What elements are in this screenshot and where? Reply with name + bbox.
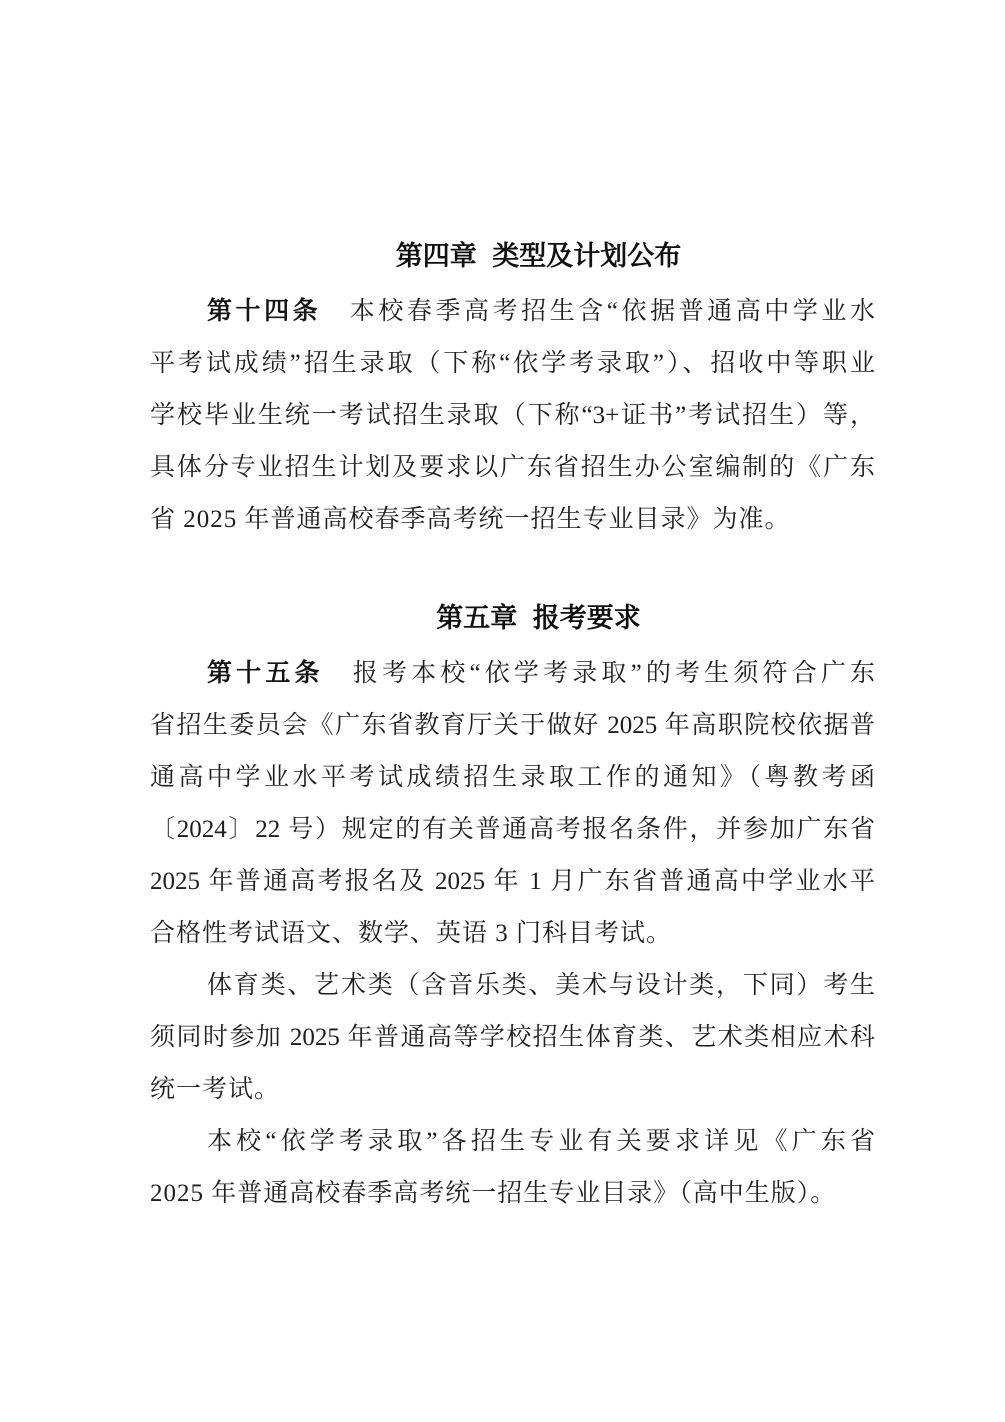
chapter-5-heading: 第五章 报考要求 [176,592,901,644]
text-line: 合格性考试语文、数学、英语 3 门科目考试。 [150,908,875,960]
text-line: 统一考试。 [150,1064,875,1116]
section-chapter-4: 第四章 类型及计划公布 第十四条 本校春季高考招生含“依据普通高中学业水 平考试… [150,230,875,546]
text-line-content: 报考本校“依学考录取”的考生须符合广东 [324,660,875,687]
text-line: 须同时参加 2025 年普通高等学校招生体育类、艺术类相应术科 [150,1012,875,1064]
text-line: 平考试成绩”招生录取（下称“依学考录取”）、招收中等职业 [150,338,875,390]
text-line: 省招生委员会《广东省教育厅关于做好 2025 年高职院校依据普 [150,700,875,752]
section-chapter-5: 第五章 报考要求 第十五条 报考本校“依学考录取”的考生须符合广东 省招生委员会… [150,592,875,1220]
text-line: 第十四条 本校春季高考招生含“依据普通高中学业水 [150,286,875,338]
text-line: 2025 年普通高校春季高考统一招生专业目录》（高中生版）。 [150,1168,875,1220]
chapter-4-heading: 第四章 类型及计划公布 [176,230,901,282]
paragraph-sports-arts: 体育类、艺术类（含音乐类、美术与设计类，下同）考生 须同时参加 2025 年普通… [150,960,875,1116]
paragraph-article-14: 第十四条 本校春季高考招生含“依据普通高中学业水 平考试成绩”招生录取（下称“依… [150,286,875,546]
text-line: 2025 年普通高考报名及 2025 年 1 月广东省普通高中学业水平 [150,856,875,908]
article-14-label: 第十四条 [207,298,321,325]
text-line: 第十五条 报考本校“依学考录取”的考生须符合广东 [150,648,875,700]
document-page: 第四章 类型及计划公布 第十四条 本校春季高考招生含“依据普通高中学业水 平考试… [0,0,1005,1422]
text-line: 体育类、艺术类（含音乐类、美术与设计类，下同）考生 [150,960,875,1012]
paragraph-article-15: 第十五条 报考本校“依学考录取”的考生须符合广东 省招生委员会《广东省教育厅关于… [150,648,875,960]
text-line: 省 2025 年普通高校春季高考统一招生专业目录》为准。 [150,494,875,546]
article-15-label: 第十五条 [207,660,324,687]
paragraph-catalog-reference: 本校“依学考录取”各招生专业有关要求详见《广东省 2025 年普通高校春季高考统… [150,1116,875,1220]
text-line: 〔2024〕22 号）规定的有关普通高考报名条件，并参加广东省 [150,804,875,856]
text-line: 本校“依学考录取”各招生专业有关要求详见《广东省 [150,1116,875,1168]
text-line-content: 本校春季高考招生含“依据普通高中学业水 [321,298,875,325]
text-line: 具体分专业招生计划及要求以广东省招生办公室编制的《广东 [150,442,875,494]
text-line: 学校毕业生统一考试招生录取（下称“3+证书”考试招生）等， [150,390,875,442]
text-line: 通高中学业水平考试成绩招生录取工作的通知》（粤教考函 [150,752,875,804]
